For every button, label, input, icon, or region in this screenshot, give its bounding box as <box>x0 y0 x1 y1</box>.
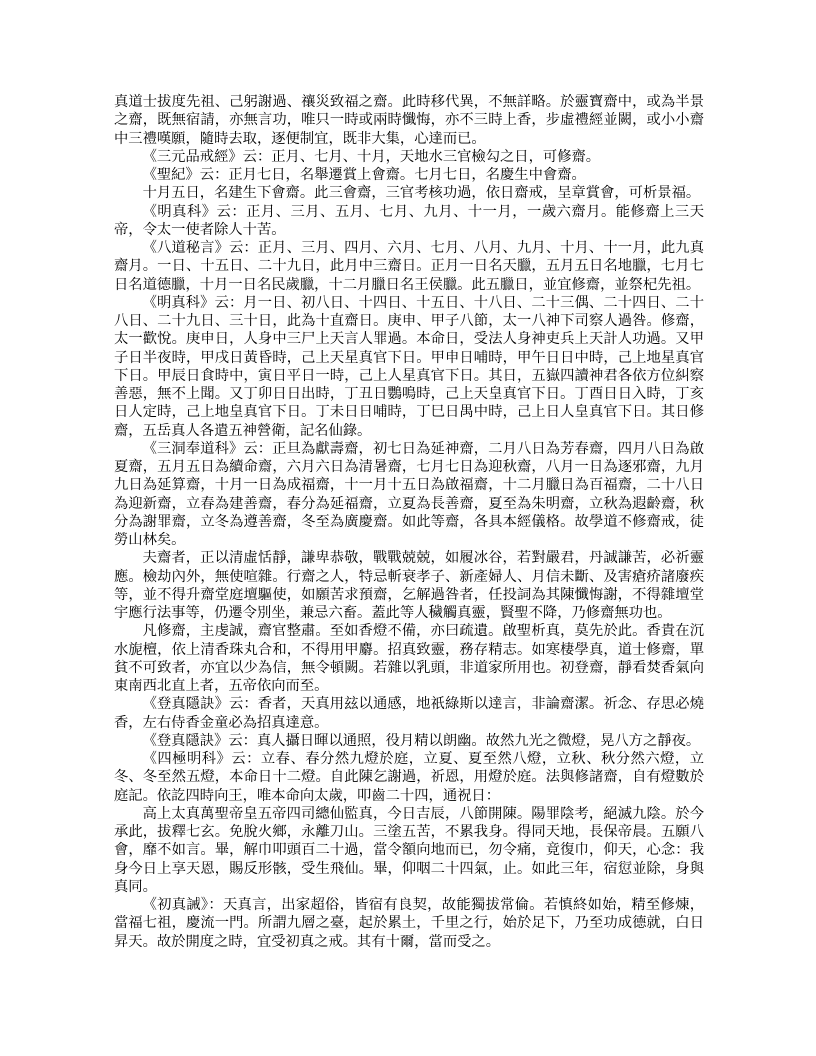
paragraph: 《八道秘言》云：正月、三月、四月、六月、七月、八月、九月、十月、十一月，此九真齋… <box>114 239 704 294</box>
paragraph: 高上太真萬聖帝皇五帝四司總仙監真，今日吉辰，八節開陳。陽罪陰考，絕滅九陰。於今承… <box>114 805 704 896</box>
paragraph: 十月五日，名建生下會齋。此三會齋，三官考核功過，依日齋戒，呈章賞會，可析景福。 <box>114 184 704 202</box>
paragraph: 凡修齋，主虔誠，齋官整肅。至如香燈不備，亦曰疏遺。啟聖析真，莫先於此。香貴在沉水… <box>114 622 704 695</box>
paragraph: 夫齋者，正以清虛恬靜，謙卑恭敬，戰戰兢兢，如履冰谷，若對嚴君，丹誠謙苦，必祈靈應… <box>114 549 704 622</box>
document-page: 真道士拔度先祖、己躬謝過、禳災致福之齋。此時移代異，不無詳略。於靈寶齋中，或為半… <box>0 0 816 1056</box>
paragraph: 《登真隱訣》云：真人攝日暉以通照，役月精以朗幽。故然九光之微燈，晃八方之靜夜。 <box>114 732 704 750</box>
paragraph: 《聖紀》云：正月七日，名舉遷賞上會齋。七月七日，名慶生中會齋。 <box>114 166 704 184</box>
paragraph: 《三洞奉道科》云：正旦為獻壽齋，初七日為延神齋，二月八日為芳春齋，四月八日為啟夏… <box>114 440 704 550</box>
paragraph: 《三元品戒經》云：正月、七月、十月，天地水三官檢勾之日，可修齋。 <box>114 148 704 166</box>
paragraph: 《明真科》云：正月、三月、五月、七月、九月、十一月，一歲六齋月。能修齋上三天帝，… <box>114 203 704 240</box>
text-body: 真道士拔度先祖、己躬謝過、禳災致福之齋。此時移代異，不無詳略。於靈寶齋中，或為半… <box>114 93 704 951</box>
paragraph: 《登真隱訣》云：香者，天真用玆以通感，地祇綠斯以達言，非論齋潔。祈念、存思必燒香… <box>114 695 704 732</box>
paragraph: 《四極明科》云：立春、春分然九燈於庭，立夏、夏至然八燈，立秋、秋分然六燈，立冬、… <box>114 750 704 805</box>
paragraph: 真道士拔度先祖、己躬謝過、禳災致福之齋。此時移代異，不無詳略。於靈寶齋中，或為半… <box>114 93 704 148</box>
paragraph: 《明真科》云：月一日、初八日、十四日、十五日、十八日、二十三偶、二十四日、二十八… <box>114 294 704 440</box>
paragraph: 《初真誡》：天真言，出家超俗，皆宿有良契，故能獨拔常倫。若慎終如始，精至修煉，當… <box>114 896 704 951</box>
